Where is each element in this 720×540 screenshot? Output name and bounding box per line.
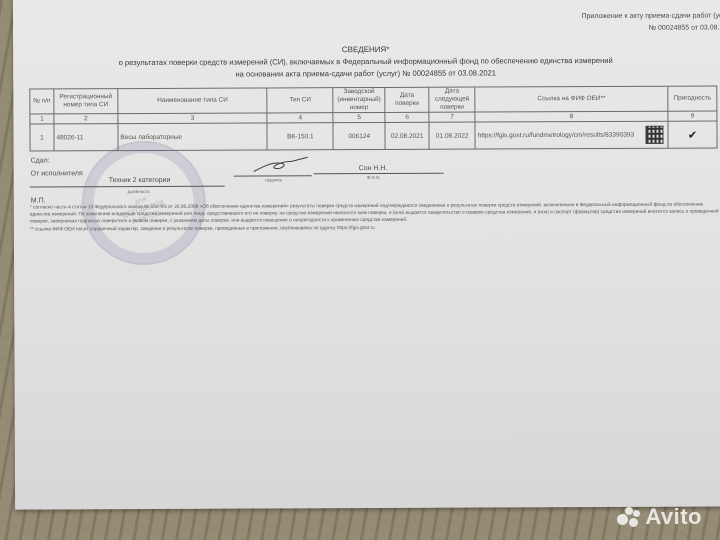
header-cell: № п/п <box>30 89 54 114</box>
from-contractor-label: От исполнителя <box>31 170 83 177</box>
column-number: 7 <box>429 112 475 122</box>
name-caption: Ф.И.О. <box>349 175 399 180</box>
suitability-cell: ✔ <box>668 121 717 148</box>
header-cell: Дата поверки <box>385 87 429 112</box>
column-number: 3 <box>118 113 268 124</box>
header-cell: Регистрационный номер типа СИ <box>54 89 118 114</box>
column-number: 4 <box>267 113 333 123</box>
header-cell: Дата следующей поверки <box>429 87 475 112</box>
appendix-line-1: Приложение к акту приема-сдачи работ (ус… <box>515 10 720 23</box>
avito-brand-text: Avito <box>645 504 702 530</box>
appendix-header: Приложение к акту приема-сдачи работ (ус… <box>515 10 720 35</box>
signature-scribble <box>252 155 312 175</box>
document-subtitle-1: о результатах поверки средств измерений … <box>13 55 718 67</box>
serial-number: 006124 <box>333 122 385 149</box>
avito-logo-icon <box>617 507 641 527</box>
header-cell: Тип СИ <box>267 88 333 113</box>
column-number: 9 <box>668 111 717 121</box>
handed-over-label: Сдал: <box>31 157 50 164</box>
qr-code-icon <box>646 126 664 144</box>
column-number: 1 <box>30 114 54 124</box>
row-number: 1 <box>30 124 54 151</box>
fif-link[interactable]: https://fgis.gost.ru/fundmetrology/cm/re… <box>478 132 634 140</box>
signature-caption: подпись <box>254 177 294 182</box>
appendix-line-2: № 00024855 от 03.08.2021 <box>515 22 720 35</box>
column-number: 5 <box>333 112 385 122</box>
document-heading: СВЕДЕНИЯ* <box>13 43 718 55</box>
avito-watermark: Avito <box>617 504 702 530</box>
document-page: Приложение к акту приема-сдачи работ (ус… <box>13 0 720 510</box>
signature-line <box>234 175 312 176</box>
header-cell: Наименование типа СИ <box>118 88 268 114</box>
seal-label: М.П. <box>31 197 46 204</box>
footnotes: * согласно части 4 статьи 13 Федеральног… <box>30 201 720 233</box>
fif-link-cell: https://fgis.gost.ru/fundmetrology/cm/re… <box>475 121 668 149</box>
column-number: 2 <box>54 114 118 124</box>
document-subtitle-2: на основании акта приема-сдачи работ (ус… <box>13 67 718 79</box>
next-verification-date: 01.08.2022 <box>429 122 475 149</box>
header-cell: Ссылка на ФИФ ОЕИ** <box>475 86 668 112</box>
reg-number: 48026-11 <box>54 124 118 151</box>
position-value: Техник 2 категории <box>109 177 171 184</box>
header-cell: Пригодность <box>668 86 717 111</box>
checkmark-icon: ✔ <box>688 129 697 141</box>
verification-date: 02.08.2021 <box>385 122 429 149</box>
header-cell: Заводской (инвентарный) номер <box>333 87 385 112</box>
table-header-row: № п/п Регистрационный номер типа СИ Наим… <box>30 86 717 114</box>
instrument-type: ВК-150.1 <box>267 123 333 150</box>
name-value: Сон Н.Н. <box>359 165 388 172</box>
column-number: 6 <box>385 112 429 122</box>
position-caption: должность <box>109 189 169 194</box>
